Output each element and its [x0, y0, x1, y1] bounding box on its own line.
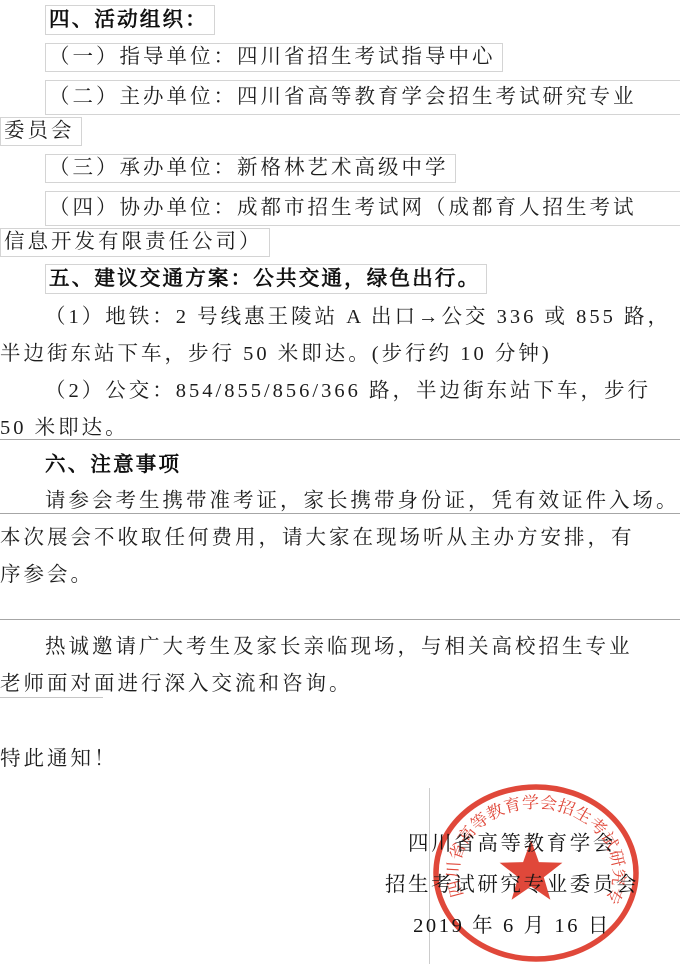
- body-text: （2）公交：854/855/856/366 路，半边街东站下车，步行: [45, 380, 651, 402]
- org-item-text: （二）主办单位：四川省高等教育学会招生考试研究专业: [45, 80, 680, 115]
- signature-date: 2019 年 6 月 16 日: [352, 908, 672, 938]
- body-text: 序参会。: [0, 564, 94, 586]
- signature-org-line2: 招生考试研究专业委员会: [352, 867, 672, 897]
- closing-line: 特此通知！: [0, 745, 680, 773]
- section-heading-5: 五、建议交通方案：公共交通，绿色出行。: [0, 265, 680, 293]
- body-text: 特此通知！: [0, 748, 118, 770]
- signature-org-line1: 四川省高等教育学会: [352, 826, 672, 856]
- org-item-3: （三）承办单位：新格林艺术高级中学: [0, 154, 680, 182]
- body-text: 50 米即达。: [0, 417, 129, 439]
- org-item-2: （二）主办单位：四川省高等教育学会招生考试研究专业: [0, 80, 680, 115]
- heading-text: 五、建议交通方案：公共交通，绿色出行。: [45, 264, 487, 294]
- org-item-text: （四）协办单位：成都市招生考试网（成都育人招生考试: [45, 191, 680, 226]
- invitation-line-2: 老师面对面进行深入交流和咨询。: [0, 670, 680, 698]
- org-item-text: （三）承办单位：新格林艺术高级中学: [45, 154, 456, 183]
- section-heading-4: 四、活动组织：: [0, 6, 680, 34]
- transport-bus-line: （2）公交：854/855/856/366 路，半边街东站下车，步行: [0, 377, 680, 405]
- org-item-text: （一）指导单位：四川省招生考试指导中心: [45, 43, 503, 72]
- transport-metro-wrap: 半边街东站下车，步行 50 米即达。(步行约 10 分钟): [0, 340, 680, 368]
- body-text: 本次展会不收取任何费用，请大家在现场听从主办方安排，有: [0, 527, 635, 549]
- divider-line: [0, 513, 680, 514]
- section-heading-6: 六、注意事项: [0, 451, 680, 479]
- heading-text: 四、活动组织：: [45, 5, 215, 35]
- org-item-1: （一）指导单位：四川省招生考试指导中心: [0, 43, 680, 71]
- body-text: 请参会考生携带准考证，家长携带身份证，凭有效证件入场。: [45, 490, 680, 512]
- divider-line-partial: [0, 697, 103, 698]
- body-text: 半边街东站下车，步行 50 米即达。(步行约 10 分钟): [0, 343, 552, 365]
- notice-document: 四、活动组织： （一）指导单位：四川省招生考试指导中心 （二）主办单位：四川省高…: [0, 0, 680, 964]
- body-text: 老师面对面进行深入交流和咨询。: [0, 673, 353, 695]
- org-item-2-wrap: 委员会: [0, 117, 680, 145]
- invitation-line-1: 热诚邀请广大考生及家长亲临现场，与相关高校招生专业: [0, 633, 680, 661]
- transport-bus-wrap: 50 米即达。: [0, 414, 680, 442]
- body-text: （1）地铁：2 号线惠王陵站 A 出口→公交 336 或 855 路，: [45, 306, 671, 328]
- org-item-text: 委员会: [0, 117, 82, 146]
- notes-line-2: 本次展会不收取任何费用，请大家在现场听从主办方安排，有: [0, 524, 680, 552]
- divider-line: [0, 439, 680, 440]
- notes-line-3: 序参会。: [0, 561, 680, 589]
- org-item-4: （四）协办单位：成都市招生考试网（成都育人招生考试: [0, 191, 680, 226]
- divider-line: [0, 619, 680, 620]
- body-text: 热诚邀请广大考生及家长亲临现场，与相关高校招生专业: [45, 636, 633, 658]
- org-item-4-wrap: 信息开发有限责任公司）: [0, 228, 680, 256]
- heading-text: 六、注意事项: [45, 453, 181, 476]
- transport-metro-line: （1）地铁：2 号线惠王陵站 A 出口→公交 336 或 855 路，: [0, 303, 680, 331]
- org-item-text: 信息开发有限责任公司）: [0, 228, 270, 257]
- notes-line-1: 请参会考生携带准考证，家长携带身份证，凭有效证件入场。: [0, 487, 680, 515]
